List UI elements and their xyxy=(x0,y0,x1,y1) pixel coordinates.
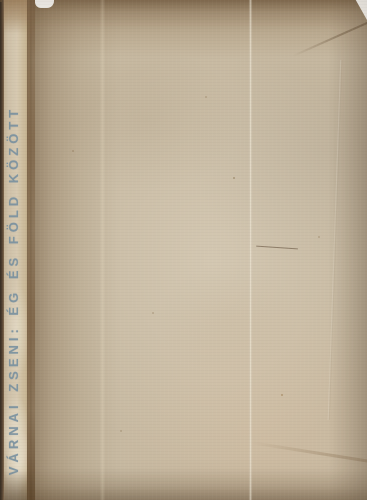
book-photo: VÁRNAI ZSENI: ÉG ÉS FÖLD KÖZÖTT xyxy=(0,0,367,500)
photo-vignette xyxy=(0,0,367,500)
